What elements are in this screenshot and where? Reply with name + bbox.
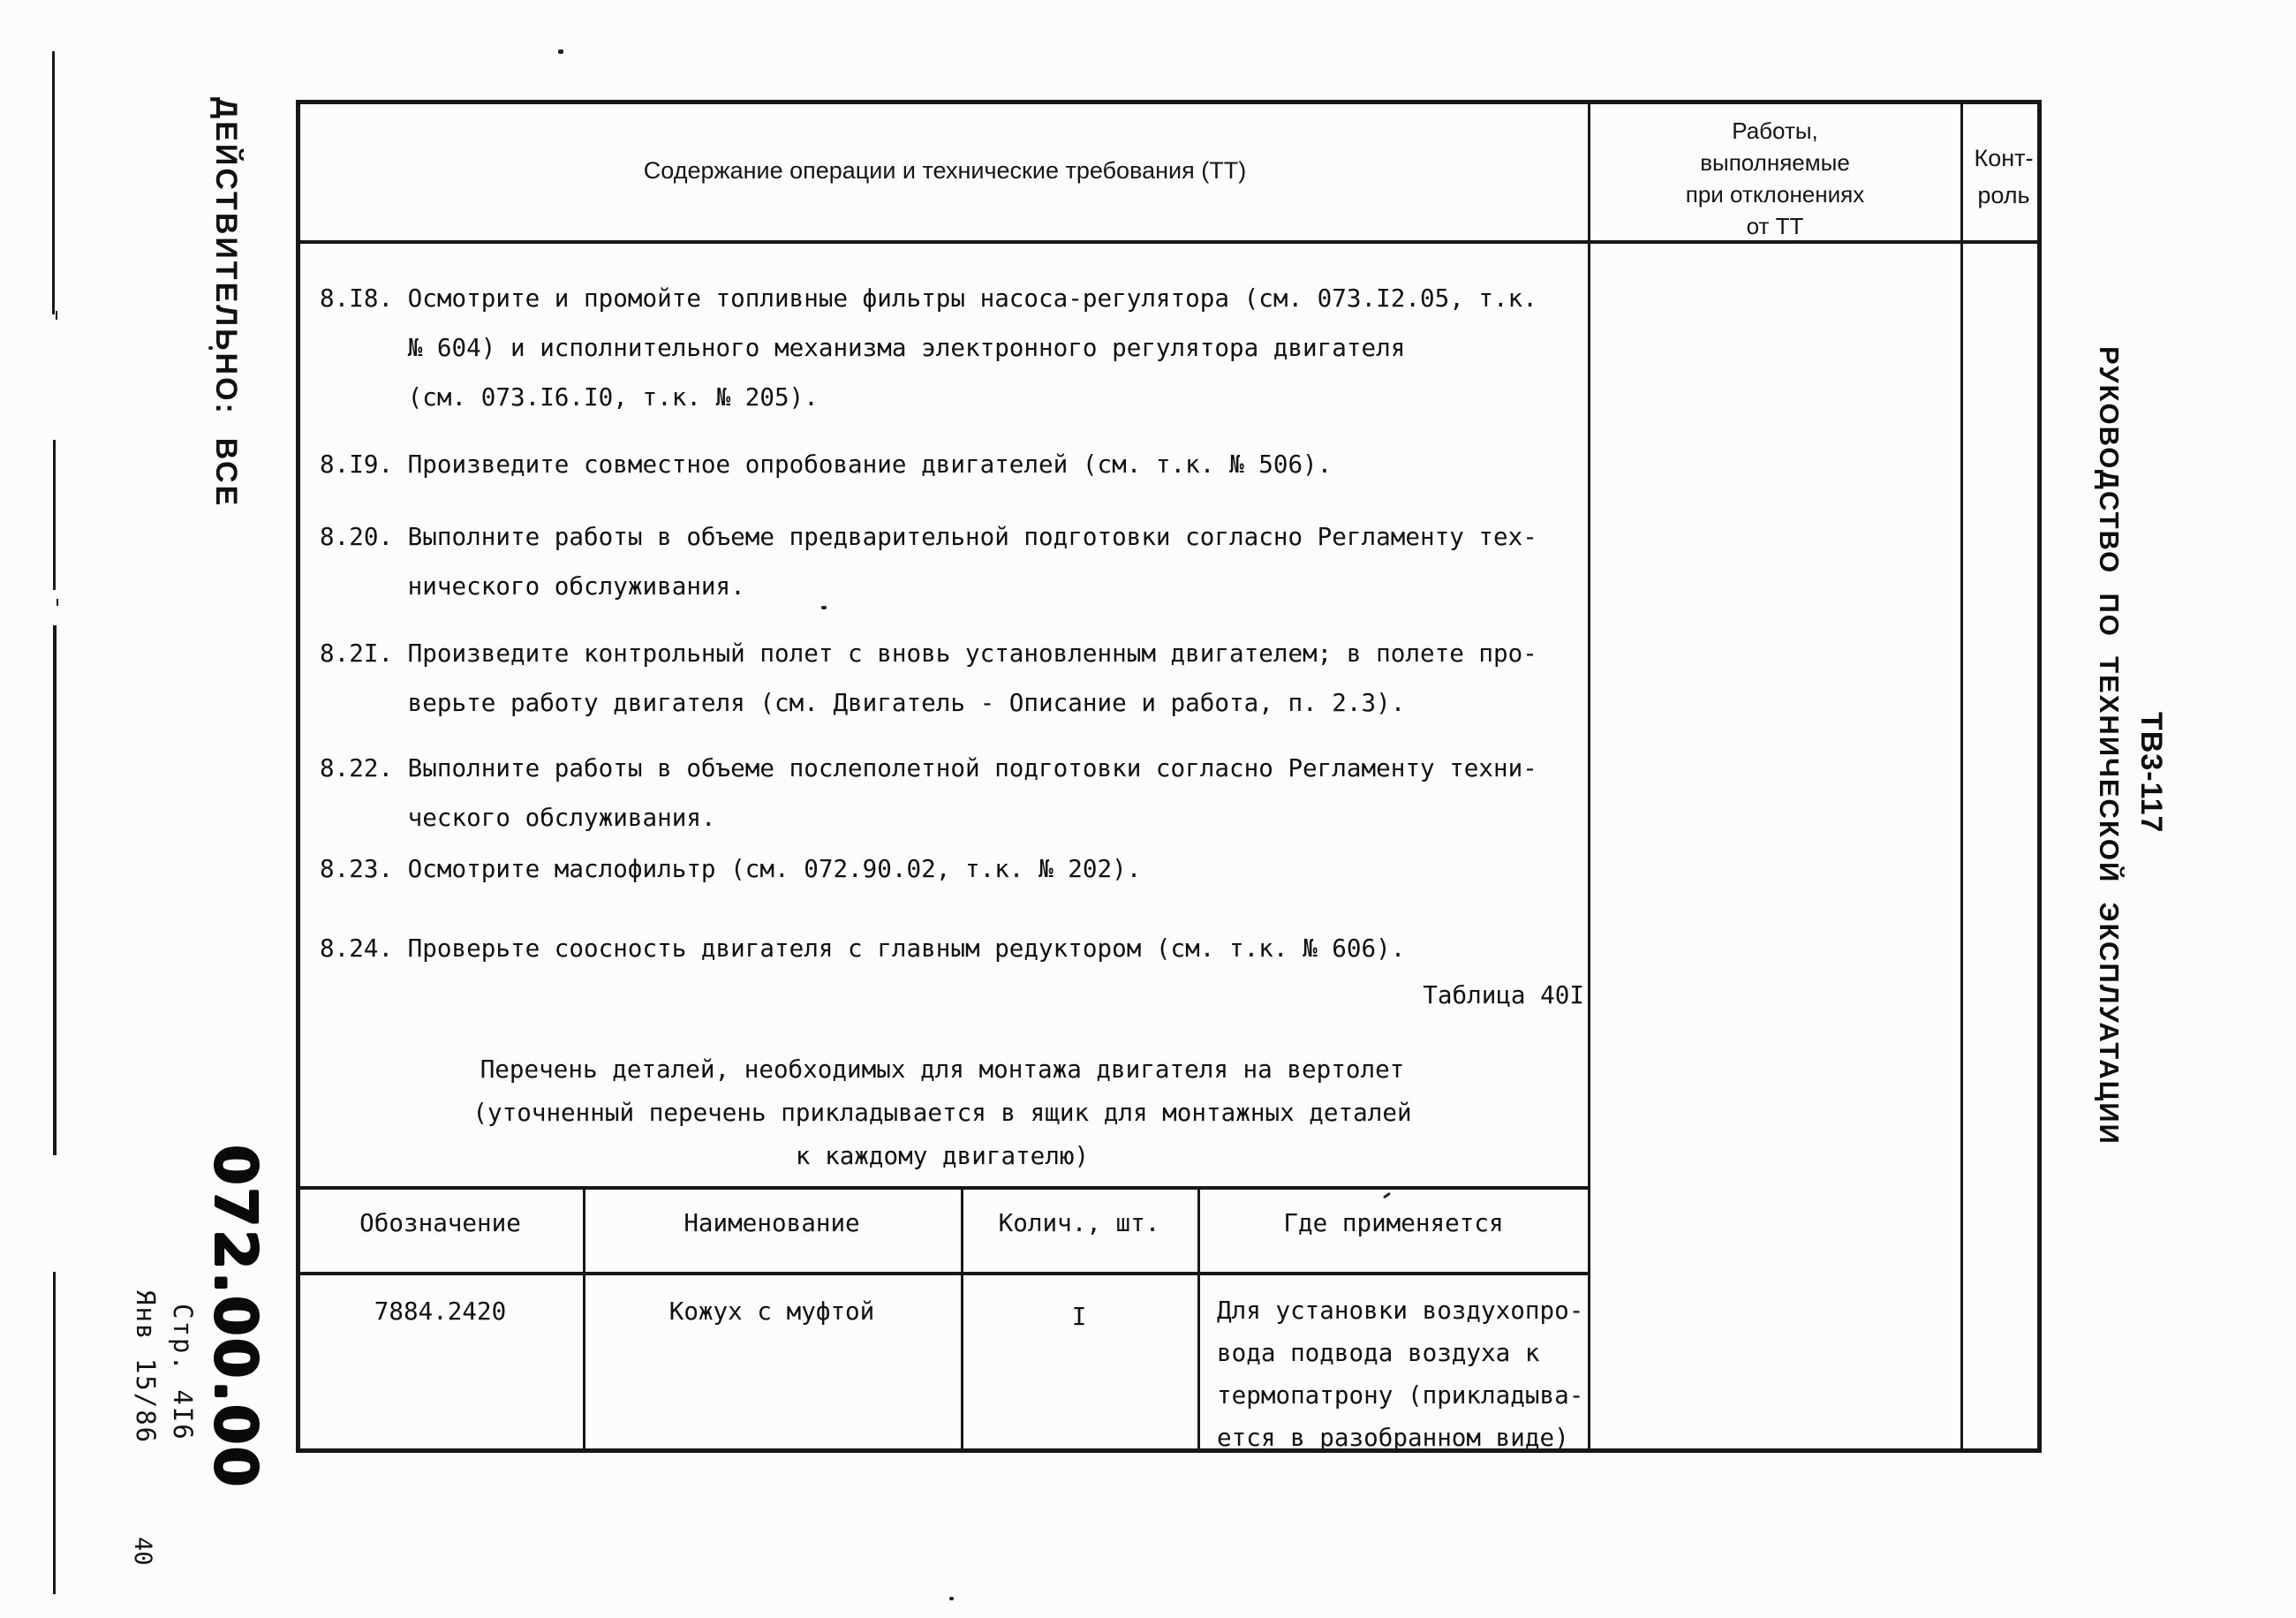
part-name: Кожух с муфтой bbox=[583, 1297, 961, 1326]
chapter-number-stamp: 072.00.00 bbox=[201, 1145, 269, 1489]
page-number-label: Стр. 4I6 bbox=[168, 1304, 198, 1441]
table-reference: Таблица 40I bbox=[1148, 980, 1590, 1009]
part-qty: I bbox=[961, 1302, 1197, 1331]
parts-table-title: Перечень деталей, необходимых для монтаж… bbox=[320, 1047, 1565, 1177]
scan-speck bbox=[558, 49, 563, 54]
part-designation: 7884.2420 bbox=[298, 1297, 583, 1326]
sheet-number: 40 bbox=[129, 1537, 156, 1566]
column-header-control: Конт- роль bbox=[1966, 140, 2042, 214]
left-edge-mark bbox=[52, 51, 55, 314]
column-divider bbox=[1960, 100, 1963, 1453]
parts-col-designation: Обозначение bbox=[298, 1208, 583, 1237]
engine-model-label: ТВ3-117 bbox=[2134, 712, 2168, 833]
parts-table-header-rule bbox=[298, 1272, 1590, 1275]
procedure-item-8-21: 8.2I. Произведите контрольный полет с вн… bbox=[320, 629, 1537, 728]
left-edge-tick bbox=[57, 599, 58, 606]
left-edge-tick bbox=[56, 311, 57, 320]
parts-col-name: Наименование bbox=[583, 1208, 961, 1237]
procedure-item-8-24: 8.24. Проверьте соосность двигателя с гл… bbox=[320, 924, 1405, 973]
procedure-item-8-23: 8.23. Осмотрите маслофильтр (см. 072.90.… bbox=[320, 844, 1141, 894]
parts-col-usage: Где применяется bbox=[1197, 1208, 1590, 1237]
left-edge-mark bbox=[53, 1272, 56, 1594]
column-header-deviations: Работы, выполняемые при отклонениях от Т… bbox=[1598, 115, 1952, 242]
manual-title-label: РУКОВОДСТВО ПО ТЕХНИЧЕСКОЙ ЭКСПЛУАТАЦИИ bbox=[2093, 346, 2125, 1145]
scan-speck bbox=[949, 1597, 954, 1600]
part-usage: Для установки воздухопро- вода подвода в… bbox=[1217, 1289, 1583, 1459]
left-edge-mark bbox=[53, 440, 56, 590]
procedure-item-8-20: 8.20. Выполните работы в объеме предвари… bbox=[320, 512, 1537, 611]
parts-col-qty: Колич., шт. bbox=[961, 1208, 1197, 1237]
procedure-item-8-18: 8.I8. Осмотрите и промойте топливные фил… bbox=[320, 274, 1537, 422]
column-divider bbox=[1588, 100, 1590, 1453]
issue-date-label: Янв 15/86 bbox=[131, 1289, 161, 1444]
validity-stamp: ДЕЙСТВИТЕЛЬНО: ВСЕ bbox=[208, 97, 243, 508]
left-edge-mark bbox=[53, 625, 57, 1155]
scanned-manual-page: ДЕЙСТВИТЕЛЬНО: ВСЕ 072.00.00 Стр. 4I6 Ян… bbox=[0, 0, 2296, 1618]
procedure-item-8-22: 8.22. Выполните работы в объеме послепол… bbox=[320, 744, 1537, 843]
parts-table-top-rule bbox=[298, 1186, 1590, 1190]
column-header-content: Содержание операции и технические требов… bbox=[305, 157, 1585, 185]
procedure-item-8-19: 8.I9. Произведите совместное опробование… bbox=[320, 440, 1332, 489]
